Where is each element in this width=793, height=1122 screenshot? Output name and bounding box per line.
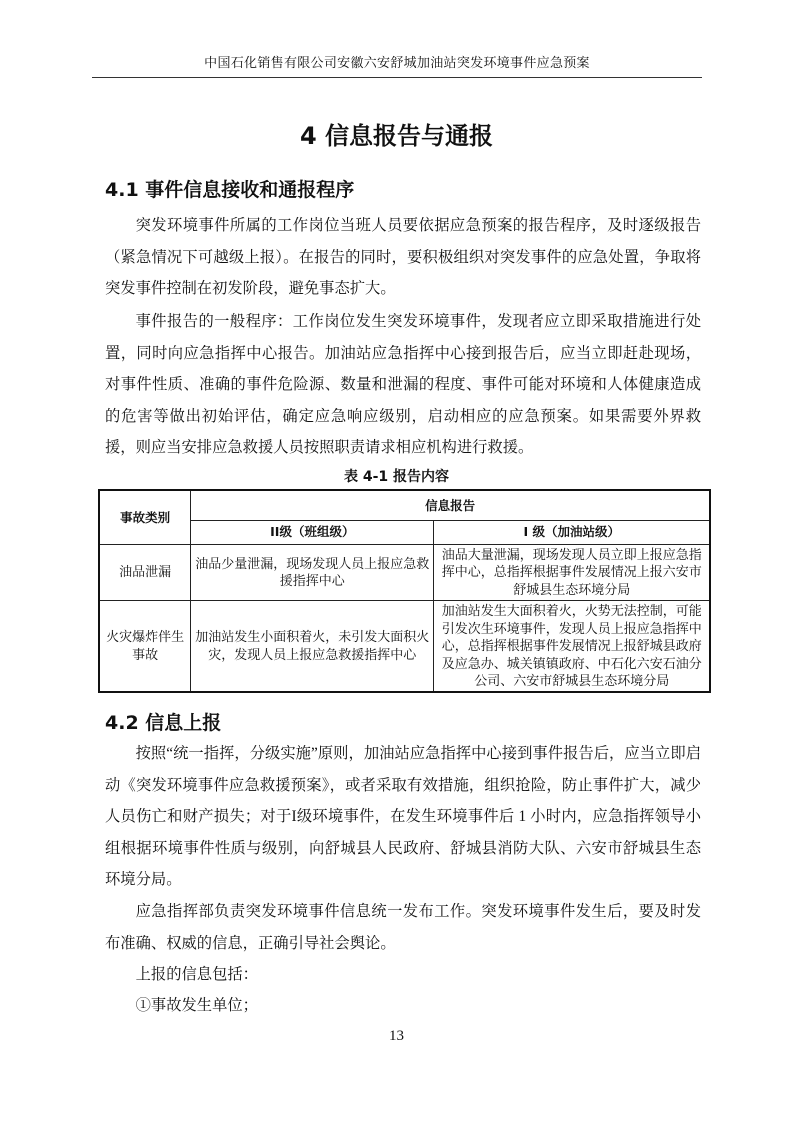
table-row: 油品泄漏 油品少量泄漏，现场发现人员上报应急救援指挥中心 油品大量泄漏，现场发现… <box>99 544 710 600</box>
cell-level-2: 油品少量泄漏，现场发现人员上报应急救援指挥中心 <box>191 544 434 600</box>
section-title-4-1: 4.1 事件信息接收和通报程序 <box>105 175 354 202</box>
paragraph: 按照“统一指挥，分级实施”原则，加油站应急指挥中心接到事件报告后，应当立即启动《… <box>105 738 701 896</box>
running-header: 中国石化销售有限公司安徽六安舒城加油站突发环境事件应急预案 <box>92 52 702 78</box>
page-number: 13 <box>0 1028 793 1045</box>
section-title-4-2: 4.2 信息上报 <box>105 708 221 735</box>
report-content-table: 事故类别 信息报告 II级（班组级） I 级（加油站级） 油品泄漏 油品少量泄漏… <box>98 489 711 693</box>
cell-level-1: 油品大量泄漏，现场发现人员立即上报应急指挥中心，总指挥根据事件发展情况上报六安市… <box>434 544 710 600</box>
cell-level-2: 加油站发生小面积着火，未引发大面积火灾，发现人员上报应急救援指挥中心 <box>191 600 434 692</box>
header-level-2: II级（班组级） <box>191 520 434 544</box>
chapter-title: 4 信息报告与通报 <box>0 116 793 151</box>
paragraph: 事件报告的一般程序：工作岗位发生突发环境事件，发现者应立即采取措施进行处置，同时… <box>105 306 701 464</box>
paragraph: 上报的信息包括： <box>105 959 701 991</box>
paragraph: 突发环境事件所属的工作岗位当班人员要依据应急预案的报告程序，及时逐级报告（紧急情… <box>105 210 701 305</box>
header-category: 事故类别 <box>99 490 191 544</box>
header-level-1: I 级（加油站级） <box>434 520 710 544</box>
cell-category: 油品泄漏 <box>99 544 191 600</box>
table-row: 火灾爆炸伴生事故 加油站发生小面积着火，未引发大面积火灾，发现人员上报应急救援指… <box>99 600 710 692</box>
paragraph: 应急指挥部负责突发环境事件信息统一发布工作。突发环境事件发生后，要及时发布准确、… <box>105 896 701 959</box>
header-info-report: 信息报告 <box>191 490 710 520</box>
table-caption: 表 4-1 报告内容 <box>0 466 793 486</box>
list-item: ①事故发生单位； <box>105 990 701 1022</box>
cell-category: 火灾爆炸伴生事故 <box>99 600 191 692</box>
cell-level-1: 加油站发生大面积着火，火势无法控制，可能引发次生环境事件，发现人员上报应急指挥中… <box>434 600 710 692</box>
